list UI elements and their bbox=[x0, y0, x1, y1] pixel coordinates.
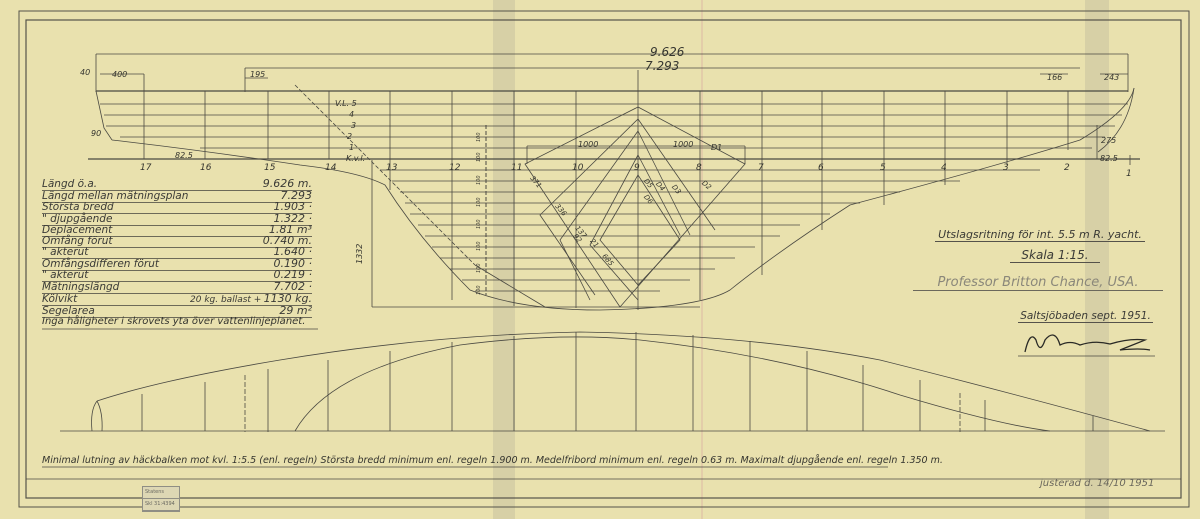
svg-text:D5: D5 bbox=[642, 177, 655, 190]
svg-text:13: 13 bbox=[386, 163, 398, 173]
footer-note: Minimal lutning av häckbalken mot kvl. 1… bbox=[42, 455, 943, 466]
svg-text:40: 40 bbox=[80, 68, 90, 77]
svg-text:D3: D3 bbox=[670, 183, 682, 196]
drawing-sheet: 17 16 15 14 13 12 11 10 9 8 7 6 5 4 3 2 … bbox=[0, 0, 1200, 519]
svg-text:100: 100 bbox=[476, 241, 482, 251]
svg-text:7: 7 bbox=[758, 163, 764, 173]
svg-text:21: 21 bbox=[588, 237, 600, 249]
place-date: Saltsjöbaden sept. 1951. bbox=[1018, 310, 1153, 323]
svg-text:1000: 1000 bbox=[673, 140, 693, 149]
designer-name: Professor Britton Chance, USA. bbox=[913, 275, 1163, 291]
svg-text:11: 11 bbox=[511, 163, 522, 173]
svg-text:4: 4 bbox=[941, 163, 947, 173]
svg-text:1: 1 bbox=[349, 143, 354, 152]
svg-text:100: 100 bbox=[476, 152, 482, 162]
svg-text:100: 100 bbox=[476, 197, 482, 207]
revision-note: justerad d. 14/10 1951 bbox=[1040, 478, 1154, 489]
svg-text:685: 685 bbox=[600, 252, 615, 268]
svg-text:243: 243 bbox=[1104, 73, 1119, 82]
svg-text:2: 2 bbox=[1064, 163, 1070, 173]
svg-text:1332: 1332 bbox=[355, 244, 364, 264]
archive-stamp: Statens sjöhistoriska Skl 31:4394 Arkiv bbox=[142, 486, 180, 512]
svg-text:1000: 1000 bbox=[578, 140, 598, 149]
svg-text:275: 275 bbox=[1101, 136, 1116, 145]
svg-text:15: 15 bbox=[264, 163, 276, 173]
svg-text:100: 100 bbox=[476, 132, 482, 142]
svg-text:D6: D6 bbox=[642, 193, 655, 206]
svg-text:2: 2 bbox=[347, 132, 352, 141]
drawing-scale: Skala 1:15. bbox=[1010, 248, 1100, 263]
svg-text:100: 100 bbox=[476, 263, 482, 273]
length-overall: 9.626 bbox=[650, 45, 685, 59]
station-label: 17 bbox=[140, 163, 152, 173]
svg-text:400: 400 bbox=[112, 70, 127, 79]
svg-text:100: 100 bbox=[476, 285, 482, 295]
svg-text:10: 10 bbox=[572, 163, 584, 173]
svg-text:8: 8 bbox=[696, 163, 702, 173]
fold-shadow bbox=[493, 0, 515, 519]
svg-text:12: 12 bbox=[449, 163, 461, 173]
svg-text:9: 9 bbox=[634, 163, 640, 173]
drawing-title: Utslagsritning för int. 5.5 m R. yacht. bbox=[935, 228, 1145, 242]
svg-text:D1: D1 bbox=[711, 143, 722, 152]
spec-note: Inga håligheter i skrovets yta över vatt… bbox=[42, 316, 305, 327]
svg-text:82.5: 82.5 bbox=[1100, 154, 1118, 163]
svg-text:3: 3 bbox=[1003, 163, 1009, 173]
svg-text:6: 6 bbox=[818, 163, 824, 173]
svg-text:14: 14 bbox=[325, 163, 337, 173]
waterline-label: V.L. 5 bbox=[335, 99, 357, 108]
svg-text:82.5: 82.5 bbox=[175, 151, 193, 160]
svg-text:166: 166 bbox=[1047, 73, 1062, 82]
svg-text:3: 3 bbox=[351, 121, 356, 130]
svg-text:90: 90 bbox=[91, 129, 101, 138]
svg-text:K.v.l.: K.v.l. bbox=[346, 154, 365, 163]
svg-text:100: 100 bbox=[476, 219, 482, 229]
svg-text:5: 5 bbox=[880, 163, 886, 173]
svg-text:16: 16 bbox=[200, 163, 212, 173]
svg-text:D4: D4 bbox=[654, 180, 666, 193]
svg-text:100: 100 bbox=[476, 175, 482, 185]
svg-text:4: 4 bbox=[349, 110, 354, 119]
svg-text:195: 195 bbox=[250, 70, 265, 79]
length-measured: 7.293 bbox=[645, 59, 679, 73]
svg-text:1: 1 bbox=[1126, 169, 1132, 179]
